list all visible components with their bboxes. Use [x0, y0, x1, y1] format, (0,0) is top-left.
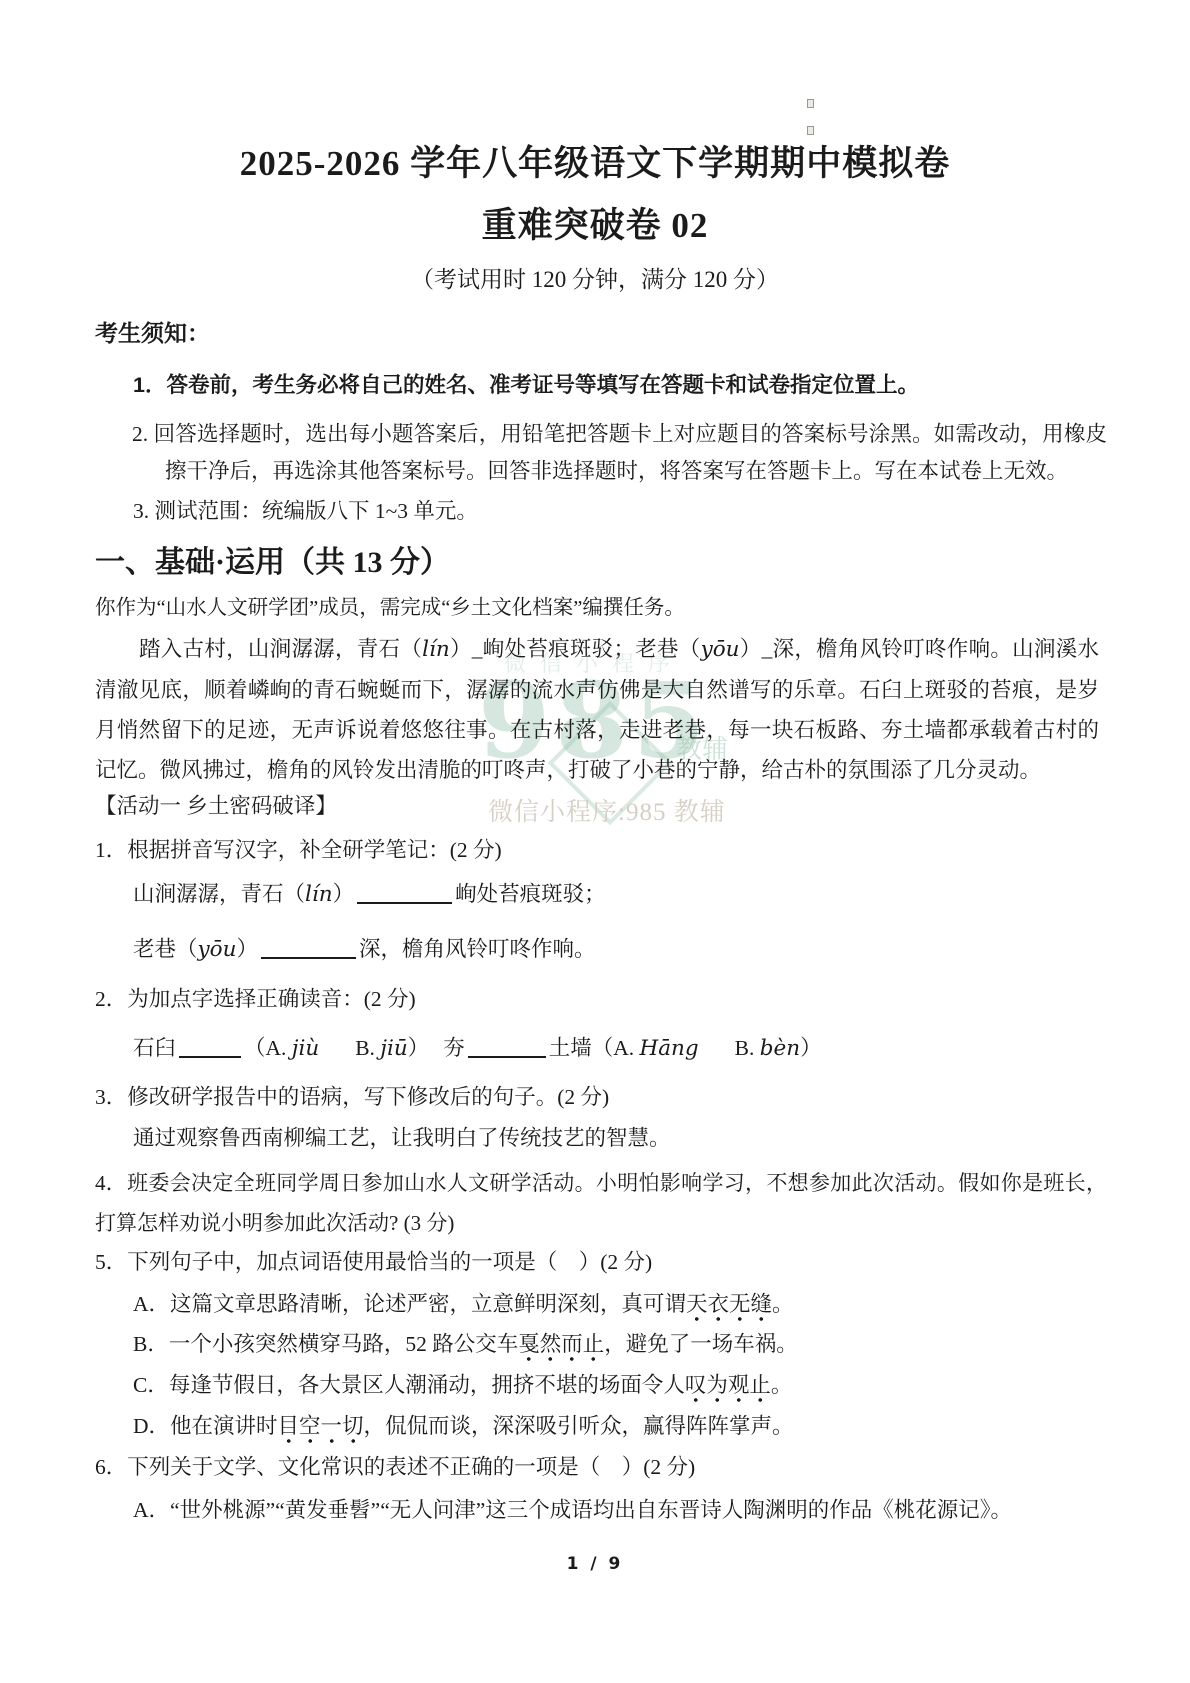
pinyin-lin: lín: [422, 637, 450, 662]
q2-close-1: ）: [408, 1036, 430, 1060]
notice-item-1: 1．答卷前，考生务必将自己的姓名、准考证号等填写在答题卡和试卷指定位置上。: [133, 368, 919, 399]
answer-blank-underline: [357, 881, 452, 905]
q1-line1-mid: ）: [333, 882, 355, 906]
q1-line2-pre: 老巷（: [133, 937, 198, 961]
pinyin-lin: lín: [305, 882, 333, 907]
question-5-label: 5．下列句子中，加点词语使用最恰当的一项是（ ）(2 分): [95, 1245, 652, 1276]
exam-paper-page: { "header": { "title_line1": "2025-2026 …: [0, 0, 1190, 1683]
option-text: D．他在演讲时: [133, 1414, 278, 1438]
emphasized-idiom: 叹为观止: [685, 1373, 771, 1403]
page-number: 1 / 9: [0, 1554, 1190, 1574]
option-text: B．一个小孩突然横穿马路，52 路公交车: [133, 1332, 518, 1356]
exam-volume-title: 重难突破卷 02: [0, 198, 1190, 248]
question-1-label: 1．根据拼音写汉字，补全研学笔记：(2 分): [95, 833, 502, 864]
question-5-option-a: A．这篇文章思路清晰，论述严密，立意鲜明深刻，真可谓天衣无缝。: [133, 1287, 794, 1318]
section-1-heading: 一、基础·运用（共 13 分）: [95, 537, 450, 581]
q2-word-hang: 夯: [443, 1036, 465, 1060]
question-6-option-a: A．“世外桃源”“黄发垂髫”“无人问津”这三个成语均出自东晋诗人陶渊明的作品《桃…: [133, 1493, 1012, 1524]
q2-close-2: ）: [800, 1036, 822, 1060]
question-5-option-d: D．他在演讲时目空一切，侃侃而谈，深深吸引听众，赢得阵阵掌声。: [133, 1409, 794, 1440]
question-2-options-line: 石臼（A. jiùB. jiū）夯土墙（A. HāngB. bèn）: [133, 1031, 822, 1062]
passage-text: 踏入古村，山涧潺潺，青石（: [139, 637, 422, 661]
emphasized-idiom: 天衣无缝: [686, 1292, 772, 1322]
question-4-label: 4．班委会决定全班同学周日参加山水人文研学活动。小明怕影响学习，不想参加此次活动…: [95, 1163, 1107, 1243]
activity-1-heading: 【活动一 乡土密码破译】: [95, 789, 337, 820]
answer-blank-underline: [179, 1035, 241, 1059]
scan-artifact-mark: [807, 126, 814, 135]
pinyin-you: yōu: [701, 637, 740, 662]
option-text: C．每逢节假日，各大景区人潮涌动，拥挤不堪的场面令人: [133, 1373, 685, 1397]
notice-heading: 考生须知：: [95, 315, 210, 348]
question-5-option-c: C．每逢节假日，各大景区人潮涌动，拥挤不堪的场面令人叹为观止。: [133, 1368, 792, 1399]
question-3-sentence: 通过观察鲁西南柳编工艺，让我明白了传统技艺的智慧。: [133, 1121, 671, 1152]
q2-option-b2: B.: [735, 1036, 760, 1060]
pinyin-hang: Hāng: [639, 1036, 698, 1061]
section-1-intro: 你作为“山水人文研学团”成员，需完成“乡土文化档案”编撰任务。: [95, 590, 685, 620]
option-text: 。: [771, 1373, 793, 1397]
question-1-blank-line-2: 老巷（yōu）深，檐角风铃叮咚作响。: [133, 932, 595, 963]
answer-blank-underline: [468, 1035, 546, 1059]
exam-duration-info: （考试用时 120 分钟，满分 120 分）: [0, 261, 1190, 294]
reading-passage: 踏入古村，山涧潺潺，青石（lín）_峋处苔痕斑驳；老巷（yōu）_深，檐角风铃叮…: [95, 629, 1099, 790]
exam-title: 2025-2026 学年八年级语文下学期期中模拟卷: [0, 136, 1190, 186]
scan-artifact-mark: [807, 99, 814, 108]
q2-option-a1: （A.: [244, 1036, 292, 1060]
option-text: A．这篇文章思路清晰，论述严密，立意鲜明深刻，真可谓: [133, 1292, 686, 1316]
pinyin-jiu1: jiū: [380, 1036, 407, 1061]
pinyin-ben: bèn: [760, 1036, 800, 1061]
question-1-blank-line-1: 山涧潺潺，青石（lín）峋处苔痕斑驳；: [133, 877, 606, 908]
q1-line2-post: 深，檐角风铃叮咚作响。: [359, 937, 596, 961]
question-2-label: 2．为加点字选择正确读音：(2 分): [95, 982, 416, 1013]
q2-option-b1: B.: [355, 1036, 380, 1060]
q1-line1-post: 峋处苔痕斑驳；: [455, 882, 606, 906]
q2-word-shijiu: 石臼: [133, 1036, 176, 1060]
question-6-label: 6．下列关于文学、文化常识的表述不正确的一项是（ ）(2 分): [95, 1450, 695, 1481]
option-text: 。: [772, 1292, 794, 1316]
q1-line2-mid: ）: [236, 937, 258, 961]
question-3-label: 3．修改研学报告中的语病，写下修改后的句子。(2 分): [95, 1080, 609, 1111]
option-text: ，避免了一场车祸。: [604, 1332, 798, 1356]
q2-option-a2: 土墙（A.: [549, 1036, 640, 1060]
watermark-miniprogram-text: 微信小程序:985 教辅: [488, 792, 726, 828]
answer-blank-underline: [261, 936, 356, 960]
question-5-option-b: B．一个小孩突然横穿马路，52 路公交车戛然而止，避免了一场车祸。: [133, 1327, 798, 1358]
notice-item-2: 2. 回答选择题时，选出每小题答案后，用铅笔把答题卡上对应题目的答案标号涂黑。如…: [95, 416, 1107, 490]
emphasized-idiom: 戛然而止: [518, 1332, 604, 1362]
option-text: ，侃侃而谈，深深吸引听众，赢得阵阵掌声。: [364, 1414, 794, 1438]
emphasized-idiom: 目空一切: [278, 1414, 364, 1444]
passage-text: ）_峋处苔痕斑驳；老巷（: [450, 637, 701, 661]
q1-line1-pre: 山涧潺潺，青石（: [133, 882, 305, 906]
pinyin-jiu4: jiù: [292, 1036, 319, 1061]
pinyin-you: yōu: [198, 937, 237, 962]
notice-item-3: 3. 测试范围：统编版八下 1~3 单元。: [133, 494, 478, 525]
